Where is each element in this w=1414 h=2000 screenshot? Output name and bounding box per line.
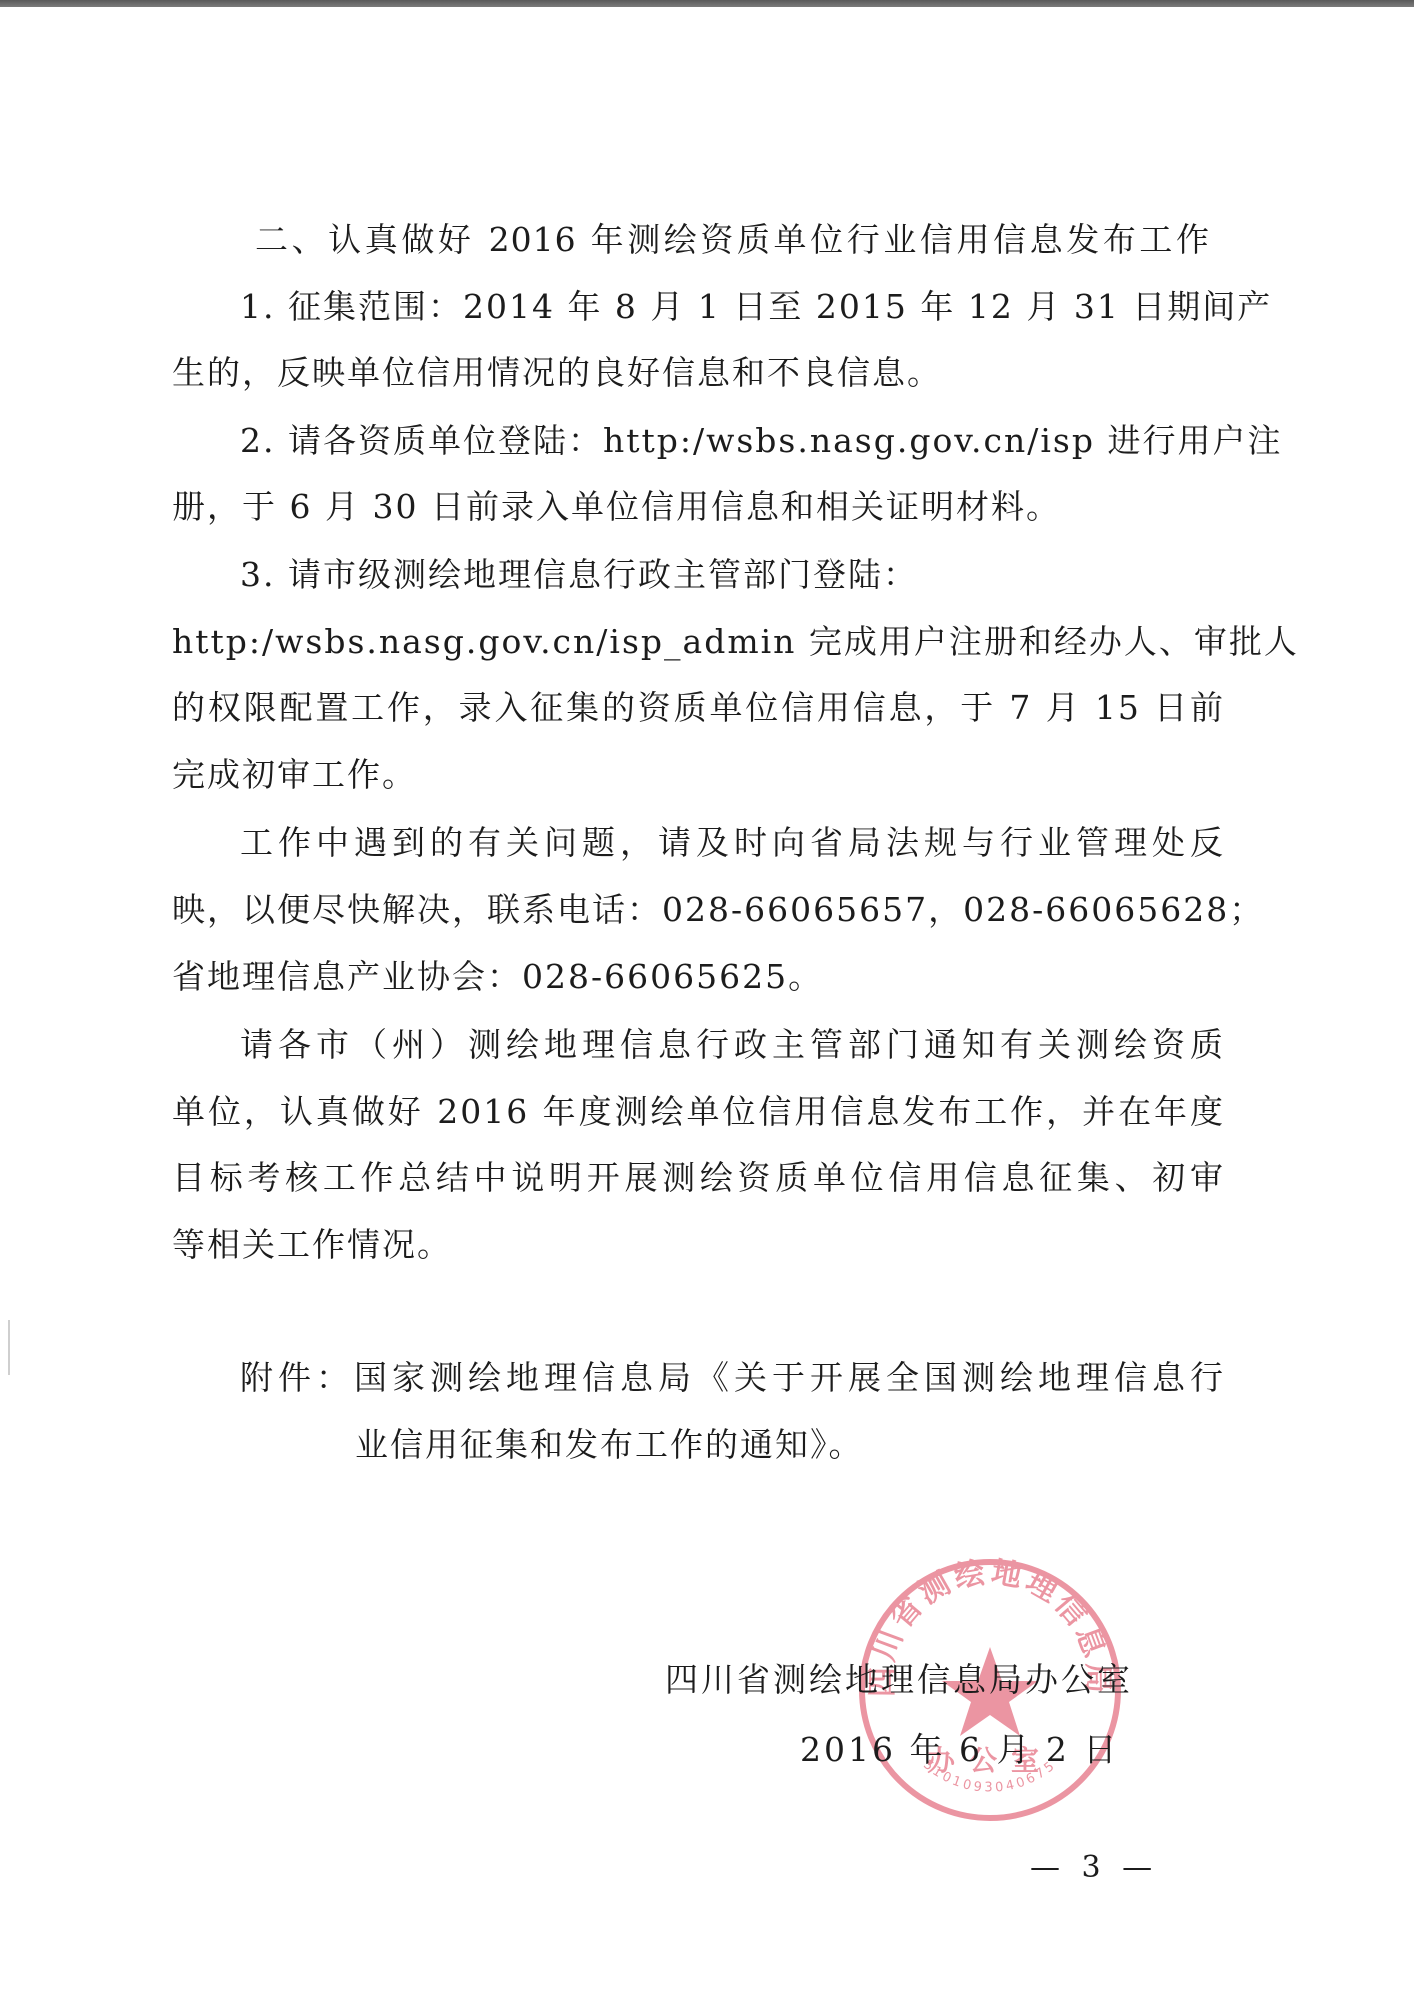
document-page: 二、认真做好 2016 年测绘资质单位行业信用信息发布工作 1. 征集范围：20… <box>0 0 1414 2000</box>
item-1-line-1: 1. 征集范围：2014 年 8 月 1 日至 2015 年 12 月 31 日… <box>240 287 1225 327</box>
notice-line-2: 单位，认真做好 2016 年度测绘单位信用信息发布工作，并在年度 <box>172 1092 1225 1132</box>
attachment-line-2: 业信用征集和发布工作的通知》。 <box>355 1425 864 1465</box>
item-3-line-1: 3. 请市级测绘地理信息行政主管部门登陆： <box>240 555 918 595</box>
attachment-line-1: 附件：国家测绘地理信息局《关于开展全国测绘地理信息行 <box>240 1358 1225 1398</box>
item-1-line-2: 生的，反映单位信用情况的良好信息和不良信息。 <box>172 353 942 393</box>
contact-line-1: 工作中遇到的有关问题，请及时向省局法规与行业管理处反 <box>240 823 1225 863</box>
signature-date: 2016 年 6 月 2 日 <box>800 1730 1119 1770</box>
notice-line-4: 等相关工作情况。 <box>172 1225 452 1265</box>
item-3-line-2: http:/wsbs.nasg.gov.cn/isp_admin 完成用户注册和… <box>172 622 1225 662</box>
page-number: — 3 — <box>1030 1850 1158 1885</box>
notice-line-1: 请各市（州）测绘地理信息行政主管部门通知有关测绘资质 <box>240 1025 1225 1065</box>
section-heading: 二、认真做好 2016 年测绘资质单位行业信用信息发布工作 <box>255 220 1210 260</box>
item-2-line-2: 册，于 6 月 30 日前录入单位信用信息和相关证明材料。 <box>172 487 1061 527</box>
item-3-line-3: 的权限配置工作，录入征集的资质单位信用信息，于 7 月 15 日前 <box>172 688 1225 728</box>
item-2-line-1: 2. 请各资质单位登陆：http:/wsbs.nasg.gov.cn/isp 进… <box>240 421 1225 461</box>
item-3-line-4: 完成初审工作。 <box>172 755 417 795</box>
contact-line-2: 映，以便尽快解决，联系电话：028-66065657，028-66065628； <box>172 890 1225 930</box>
signature-organization: 四川省测绘地理信息局办公室 <box>665 1660 1133 1700</box>
notice-line-3: 目标考核工作总结中说明开展测绘资质单位信用信息征集、初审 <box>172 1158 1225 1198</box>
contact-line-3: 省地理信息产业协会：028-66065625。 <box>172 957 823 997</box>
